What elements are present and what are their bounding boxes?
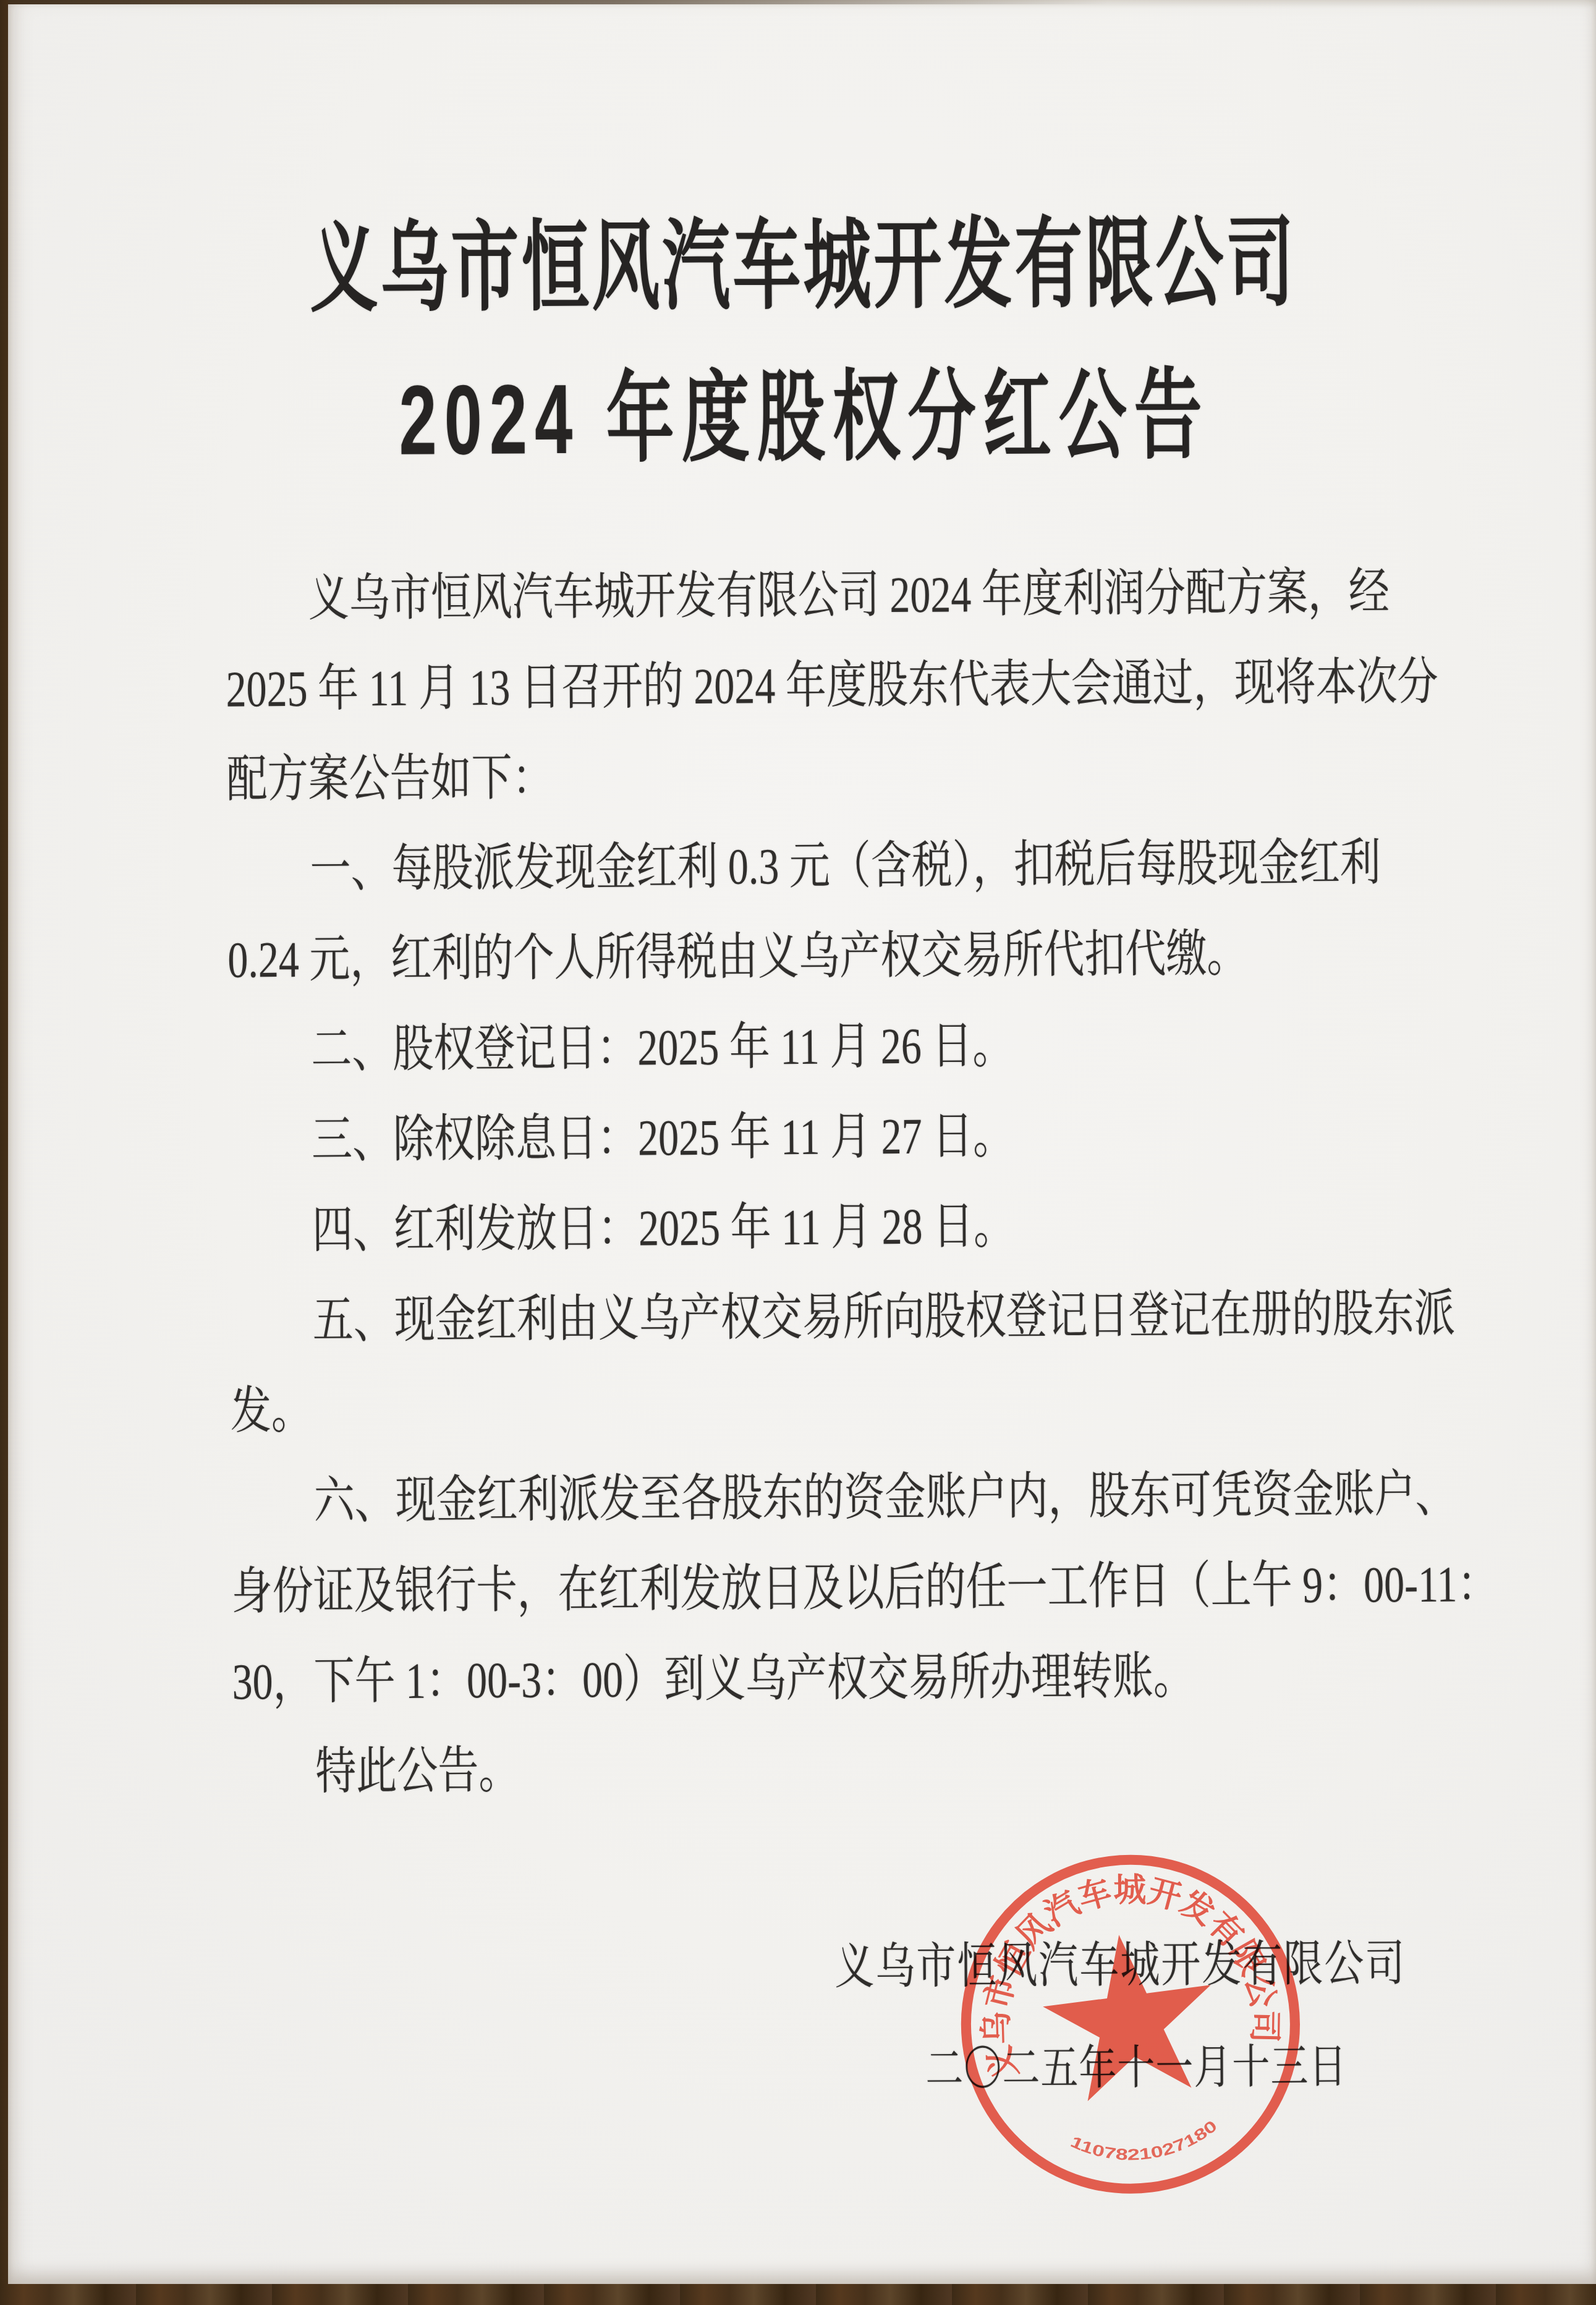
body-line-text: 一、每股派发现金红利 0.3 元（含税），扣税后每股现金红利 xyxy=(310,821,1381,901)
red-star-icon xyxy=(1035,1924,1223,2105)
body-line: 0.24 元，红利的个人所得税由义乌产权交易所代扣代缴。 xyxy=(227,912,1248,977)
document-title-subject-text: 2024 年度股权分红公告 xyxy=(399,336,1210,483)
body-line-item-4: 四、红利发放日：2025 年 11 月 28 日。 xyxy=(229,1184,1015,1248)
body-line-item-2: 二、股权登记日：2025 年 11 月 26 日。 xyxy=(228,1004,1014,1068)
body-line-item-1: 一、每股派发现金红利 0.3 元（含税），扣税后每股现金红利 xyxy=(227,821,1381,886)
body-line-closing: 特此公告。 xyxy=(232,1729,520,1789)
body-line-item-5: 五、现金红利由义乌产权交易所向股权登记日登记在册的股东派 xyxy=(230,1272,1456,1338)
body-line-text: 三、除权除息日：2025 年 11 月 27 日。 xyxy=(312,1094,1014,1172)
body-line-text: 2025 年 11 月 13 日召开的 2024 年度股东代表大会通过，现将本次… xyxy=(226,640,1438,721)
body-line: 配方案公告如下： xyxy=(226,736,553,796)
body-line: 30，下午 1：00-3：00）到义乌产权交易所办理转账。 xyxy=(232,1634,1194,1699)
body-line-text: 特此公告。 xyxy=(315,1729,520,1804)
body-line-text: 身份证及银行卡，在红利发放日及以后的任一工作日（上午 9：00-11： xyxy=(231,1542,1498,1623)
body-line-item-3: 三、除权除息日：2025 年 11 月 27 日。 xyxy=(229,1094,1014,1158)
body-line-text: 配方案公告如下： xyxy=(226,736,553,811)
document-title-company-text: 义乌市恒风汽车城开发有限公司 xyxy=(310,184,1297,331)
scanned-document-page: 义乌市恒风汽车城开发有限公司 2024 年度股权分红公告 义乌市恒风汽车城开发有… xyxy=(0,0,1596,2305)
body-line-text: 六、现金红利派发至各股东的资金账户内，股东可凭资金账户、 xyxy=(313,1453,1456,1533)
body-line-item-6: 六、现金红利派发至各股东的资金账户内，股东可凭资金账户、 xyxy=(231,1453,1456,1519)
document-title-company: 义乌市恒风汽车城开发有限公司 xyxy=(14,182,1592,289)
document-title-subject: 2024 年度股权分红公告 xyxy=(15,334,1593,441)
body-line-text: 四、红利发放日：2025 年 11 月 28 日。 xyxy=(312,1184,1015,1262)
body-line-text: 义乌市恒风汽车城开发有限公司 2024 年度利润分配方案，经 xyxy=(308,550,1390,630)
body-line-text: 二、股权登记日：2025 年 11 月 26 日。 xyxy=(311,1004,1014,1082)
body-line: 2025 年 11 月 13 日召开的 2024 年度股东代表大会通过，现将本次… xyxy=(226,640,1438,707)
body-line-text: 发。 xyxy=(230,1369,312,1443)
body-line: 身份证及银行卡，在红利发放日及以后的任一工作日（上午 9：00-11： xyxy=(231,1542,1498,1609)
document-content: 义乌市恒风汽车城开发有限公司 2024 年度股权分红公告 义乌市恒风汽车城开发有… xyxy=(0,0,1596,2305)
body-line: 发。 xyxy=(230,1369,312,1428)
body-line-text: 0.24 元，红利的个人所得税由义乌产权交易所代扣代缴。 xyxy=(227,912,1248,992)
body-line-text: 五、现金红利由义乌产权交易所向股权登记日登记在册的股东派 xyxy=(313,1272,1456,1352)
company-seal: 义乌市恒风汽车城开发有限公司 11078210271800 xyxy=(934,1828,1327,2221)
body-line: 义乌市恒风汽车城开发有限公司 2024 年度利润分配方案，经 xyxy=(225,550,1390,616)
body-line-text: 30，下午 1：00-3：00）到义乌产权交易所办理转账。 xyxy=(232,1634,1194,1713)
